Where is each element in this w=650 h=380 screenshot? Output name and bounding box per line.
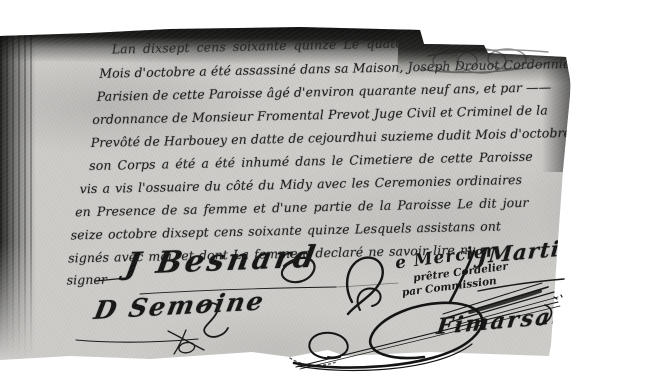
page-top-torn-edge — [0, 22, 458, 67]
manuscript-line: en Presence de sa femme et d'une partie … — [75, 195, 529, 219]
page-right-edge-shadow — [542, 42, 570, 172]
document-page: Lan dixsept cens soixante quinze Le quat… — [0, 0, 650, 380]
manuscript-line: Prevôté de Harbouey en datte de cejourdh… — [91, 125, 572, 150]
signature-fimarsal: Fimarsal — [435, 303, 564, 340]
manuscript-line: Parisien de cette Paroisse âgé d'environ… — [97, 79, 552, 104]
scanned-document: Lan dixsept cens soixante quinze Le quat… — [0, 0, 650, 380]
signature-semoine: D Semoine — [92, 286, 268, 325]
manuscript-line: vis a vis l'ossuaire du côté du Midy ave… — [80, 172, 523, 196]
manuscript-line: ordonnance de Monsieur Fromental Prevot … — [92, 102, 548, 127]
page-binding-fold-shadow — [0, 28, 36, 358]
manuscript-line: seize octobre dixsept cens soixante quin… — [71, 218, 502, 242]
manuscript-line: son Corps a été a été inhumé dans le Cim… — [89, 149, 533, 173]
manuscript-line: signer — [66, 272, 107, 288]
signature-martin: JMartin — [477, 234, 578, 268]
signature-besnard: J Besnard — [123, 240, 321, 282]
